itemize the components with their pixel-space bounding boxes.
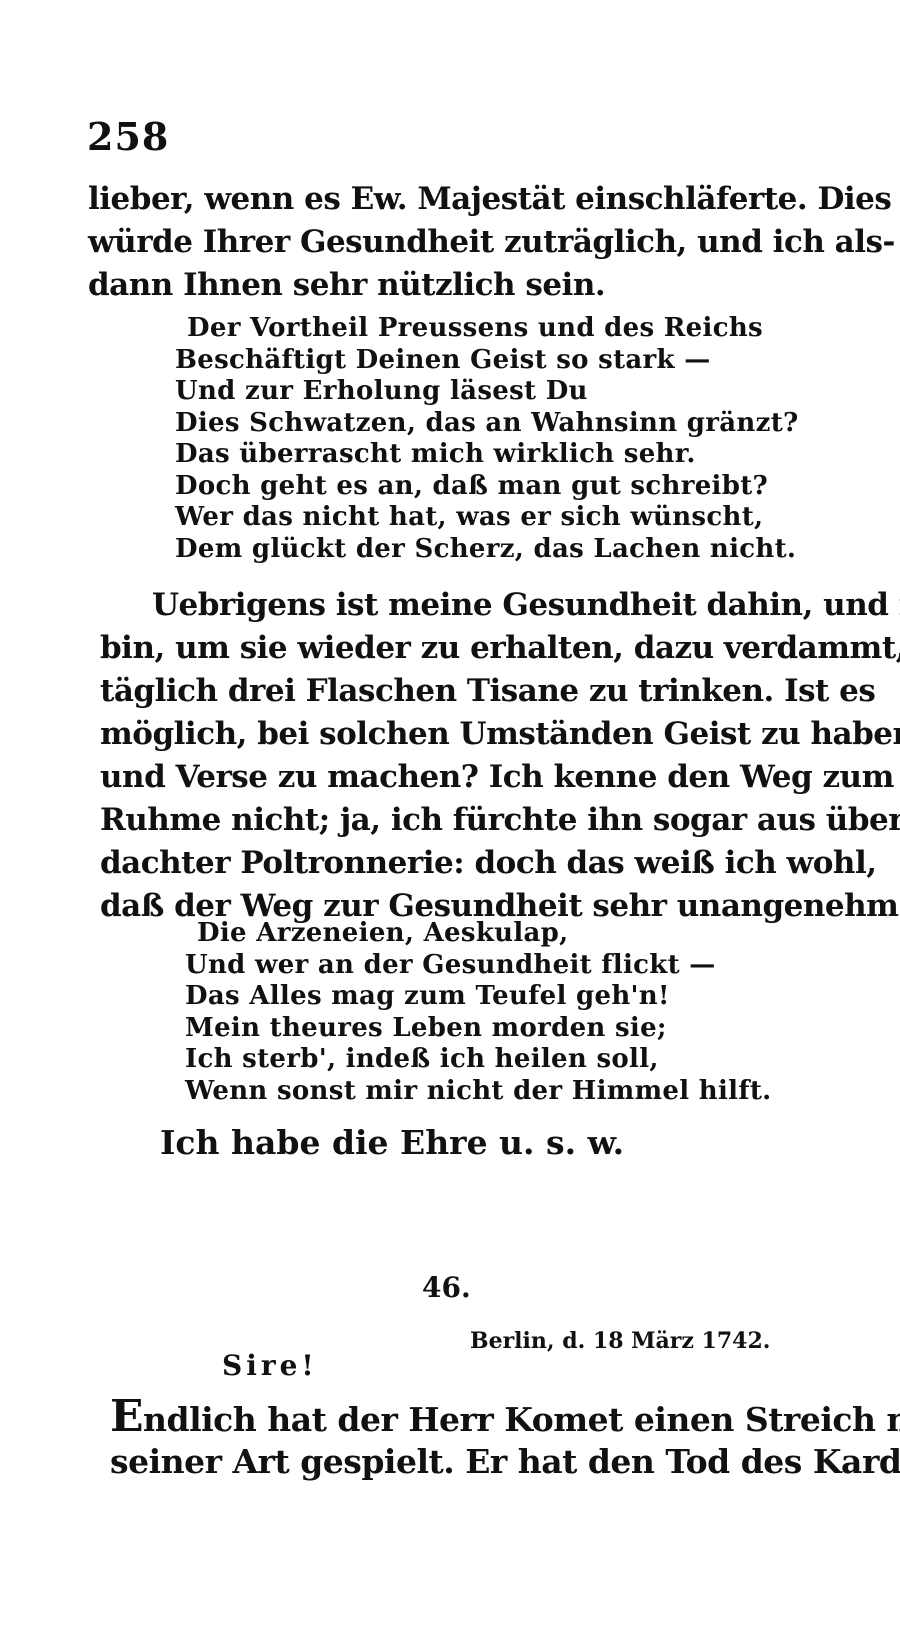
text-line: dann Ihnen sehr nützlich sein.: [88, 264, 800, 307]
closing-formula: Ich habe die Ehre u. s. w.: [160, 1126, 624, 1159]
text-line: Ruhme nicht; ja, ich fürchte ihn sogar a…: [100, 799, 800, 842]
paragraph-2: Uebrigens ist meine Gesundheit dahin, un…: [100, 584, 800, 928]
text-line: bin, um sie wieder zu erhalten, dazu ver…: [100, 627, 800, 670]
text-line: möglich, bei solchen Umständen Geist zu …: [100, 713, 800, 756]
drop-cap: E: [110, 1391, 143, 1442]
verse-line: Der Vortheil Preussens und des Reichs: [175, 313, 799, 345]
text-line: Endlich hat der Herr Komet einen Streich…: [110, 1396, 800, 1441]
text-line: lieber, wenn es Ew. Majestät einschläfer…: [88, 178, 800, 221]
verse-line: Die Arzeneien, Aeskulap,: [185, 918, 772, 950]
page-number: 258: [87, 118, 169, 156]
verse-line: Dies Schwatzen, das an Wahnsinn gränzt?: [175, 408, 799, 440]
text-line: dachter Poltronnerie: doch das weiß ich …: [100, 842, 800, 885]
text-line: würde Ihrer Gesundheit zuträglich, und i…: [88, 221, 800, 264]
book-page: 258 lieber, wenn es Ew. Majestät einschl…: [0, 0, 900, 1646]
verse-line: Wer das nicht hat, was er sich wünscht,: [175, 502, 799, 534]
paragraph-1: lieber, wenn es Ew. Majestät einschläfer…: [88, 178, 800, 307]
text-line: seiner Art gespielt. Er hat den Tod des …: [110, 1441, 800, 1483]
letter-number: 46.: [422, 1274, 471, 1302]
verse-line: Das Alles mag zum Teufel geh'n!: [185, 981, 772, 1013]
text-line-rest: ndlich hat der Herr Komet einen Streich …: [143, 1400, 900, 1439]
verse-line: Wenn sonst mir nicht der Himmel hilft.: [185, 1076, 772, 1108]
text-line: Uebrigens ist meine Gesundheit dahin, un…: [100, 584, 800, 627]
verse-1: Der Vortheil Preussens und des Reichs Be…: [175, 313, 799, 565]
verse-line: Dem glückt der Scherz, das Lachen nicht.: [175, 534, 799, 566]
verse-line: Doch geht es an, daß man gut schreibt?: [175, 471, 799, 503]
verse-line: Und zur Erholung läsest Du: [175, 376, 799, 408]
dateline: Berlin, d. 18 März 1742.: [470, 1330, 770, 1352]
text-line: und Verse zu machen? Ich kenne den Weg z…: [100, 756, 800, 799]
letter-body: Endlich hat der Herr Komet einen Streich…: [110, 1396, 800, 1483]
salutation: Sire!: [222, 1352, 318, 1380]
verse-line: Beschäftigt Deinen Geist so stark —: [175, 345, 799, 377]
verse-2: Die Arzeneien, Aeskulap, Und wer an der …: [185, 918, 772, 1107]
verse-line: Das überrascht mich wirklich sehr.: [175, 439, 799, 471]
verse-line: Und wer an der Gesundheit flickt —: [185, 950, 772, 982]
verse-line: Ich sterb', indeß ich heilen soll,: [185, 1044, 772, 1076]
text-line: täglich drei Flaschen Tisane zu trinken.…: [100, 670, 800, 713]
verse-line: Mein theures Leben morden sie;: [185, 1013, 772, 1045]
